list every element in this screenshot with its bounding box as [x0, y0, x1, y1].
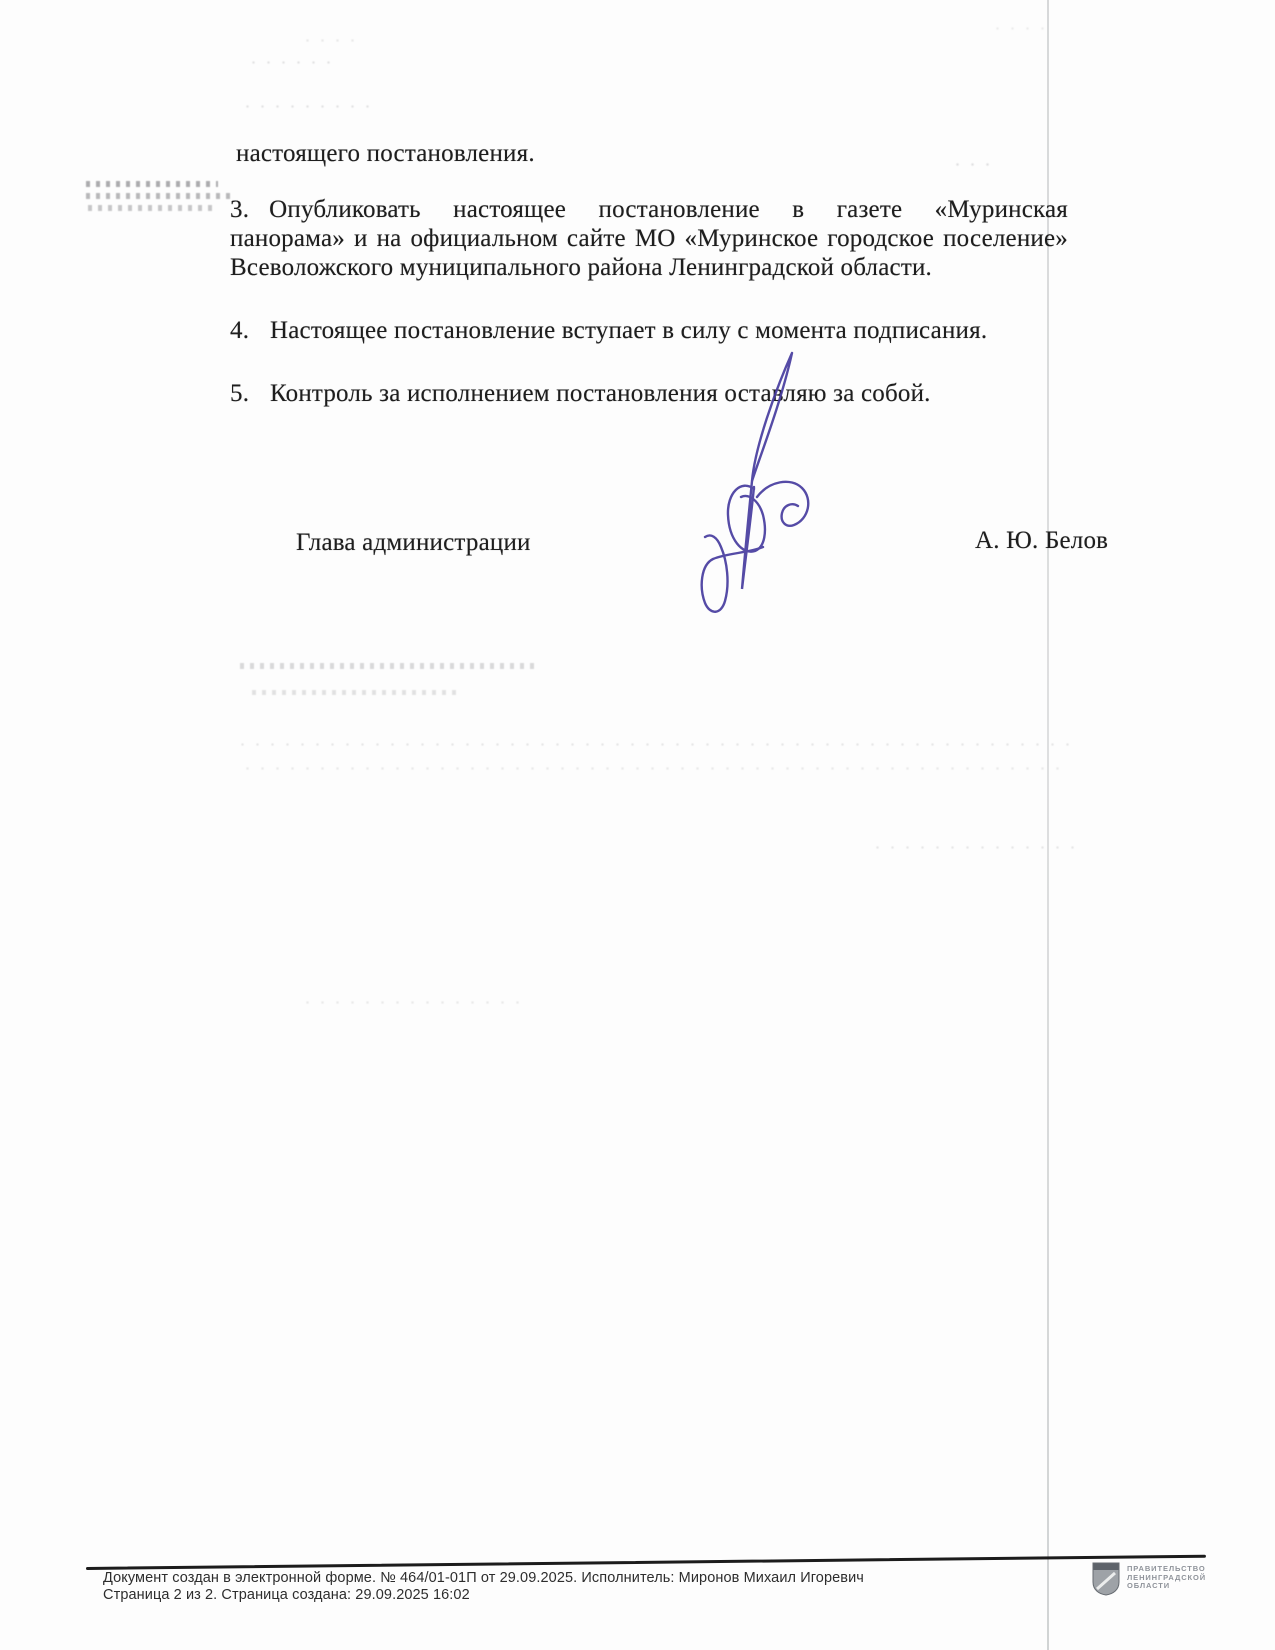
paragraph-3: 3.Опубликовать настоящее постановление в…: [230, 195, 1068, 282]
scan-noise: [88, 205, 214, 211]
paragraph-number: 3.: [230, 196, 249, 223]
paragraph-5: 5.Контроль за исполнением постановления …: [230, 379, 1068, 408]
footer-info: Документ создан в электронной форме. № 4…: [103, 1570, 864, 1603]
leningrad-region-crest-icon: [1092, 1562, 1120, 1596]
paragraph-text: Настоящее постановление вступает в силу …: [270, 317, 987, 344]
scanned-document-page: настоящего постановления. 3.Опубликовать…: [0, 0, 1275, 1650]
handwritten-signature: [697, 347, 817, 622]
government-logo: ПРАВИТЕЛЬСТВО ЛЕНИНГРАДСКОЙ ОБЛАСТИ: [1092, 1562, 1206, 1596]
footer-line-2: Страница 2 из 2. Страница создана: 29.09…: [103, 1587, 864, 1604]
government-logo-text: ПРАВИТЕЛЬСТВО ЛЕНИНГРАДСКОЙ ОБЛАСТИ: [1127, 1562, 1206, 1591]
paragraph-3-line-3: Всеволожского муниципального района Лени…: [230, 253, 1068, 282]
scan-noise: [235, 742, 1075, 748]
scan-noise: [870, 845, 1080, 851]
signer-title: Глава администрации: [296, 528, 531, 557]
paragraph-text: Опубликовать настоящее постановление в г…: [269, 196, 1068, 223]
footer-line-1: Документ создан в электронной форме. № 4…: [103, 1570, 864, 1587]
paragraph-number: 4.: [230, 316, 270, 345]
scan-noise: [240, 104, 380, 110]
scan-noise: [300, 1000, 530, 1006]
scan-noise: [300, 38, 360, 43]
scan-noise: [86, 193, 236, 199]
scan-noise: [240, 766, 1060, 772]
scan-noise: [990, 26, 1050, 31]
footer-separator-line: [86, 1555, 1206, 1570]
scan-noise: [86, 181, 218, 187]
paragraph-3-line-2: панорама» и на официальном сайте МО «Мур…: [230, 224, 1068, 253]
signer-name: А. Ю. Белов: [975, 526, 1108, 555]
paragraph-3-line-1: 3.Опубликовать настоящее постановление в…: [230, 195, 1068, 224]
paragraph-4: 4.Настоящее постановление вступает в сил…: [230, 316, 1068, 345]
paragraph-text: Контроль за исполнением постановления ос…: [270, 380, 931, 407]
logo-text-line-3: ОБЛАСТИ: [1127, 1582, 1206, 1591]
scan-noise: [240, 663, 540, 669]
body-continuation-line: настоящего постановления.: [230, 139, 1074, 168]
scan-noise: [252, 690, 462, 695]
paragraph-number: 5.: [230, 379, 270, 408]
scan-noise: [246, 60, 336, 66]
